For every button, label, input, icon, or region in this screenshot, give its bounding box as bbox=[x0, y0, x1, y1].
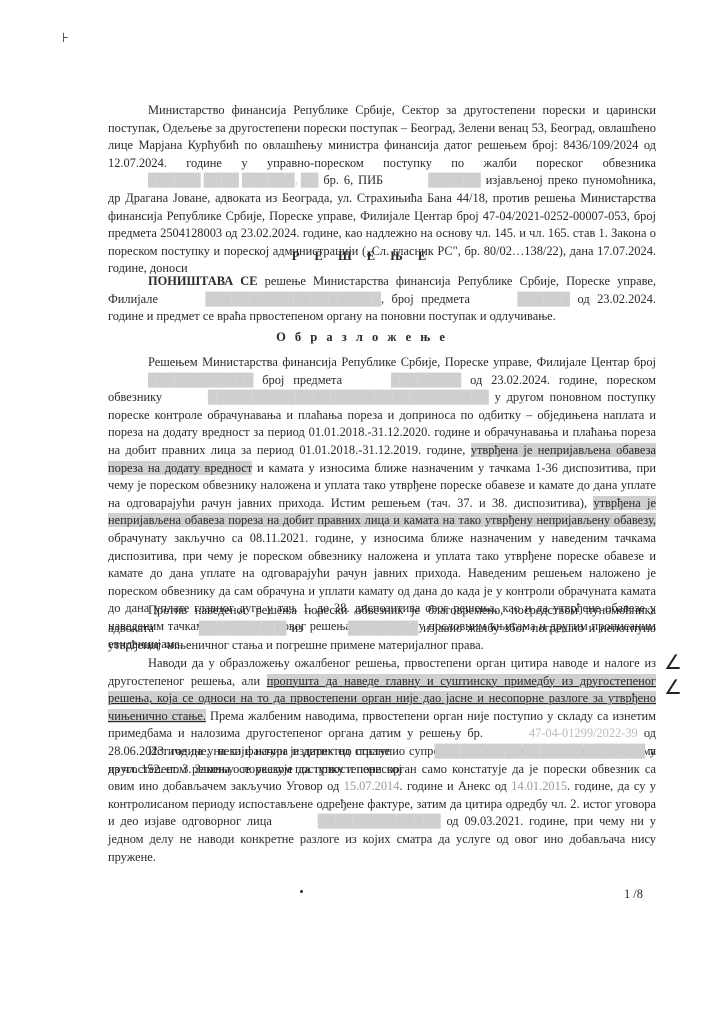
reasoning-paragraph-4: Истиче да у вези фактура издатих од стра… bbox=[108, 743, 656, 866]
decision-title: Р Е Ш Е Њ Е bbox=[0, 249, 724, 264]
annulment-lead: ПОНИШТАВА СЕ bbox=[148, 274, 258, 288]
decision-paragraph: ПОНИШТАВА СЕ решење Министарства финанси… bbox=[108, 273, 656, 326]
redacted-pib: ██████ bbox=[388, 172, 481, 190]
reasoning-paragraph-2: Против наведеног решења порески обвезник… bbox=[108, 602, 656, 655]
document-page: ⊦ Министарство финансија Републике Србиј… bbox=[0, 0, 724, 1024]
margin-annotation: ∠ bbox=[664, 675, 682, 700]
scan-dot bbox=[300, 890, 303, 893]
corner-mark: ⊦ bbox=[62, 30, 69, 46]
page-number: 1 /8 bbox=[624, 887, 643, 902]
margin-annotation: ∠ bbox=[664, 650, 682, 675]
redacted-taxpayer: ██████ ████ ██████, ██ bbox=[108, 172, 318, 190]
reasoning-title: О б р а з л о ж е њ е bbox=[0, 330, 724, 345]
